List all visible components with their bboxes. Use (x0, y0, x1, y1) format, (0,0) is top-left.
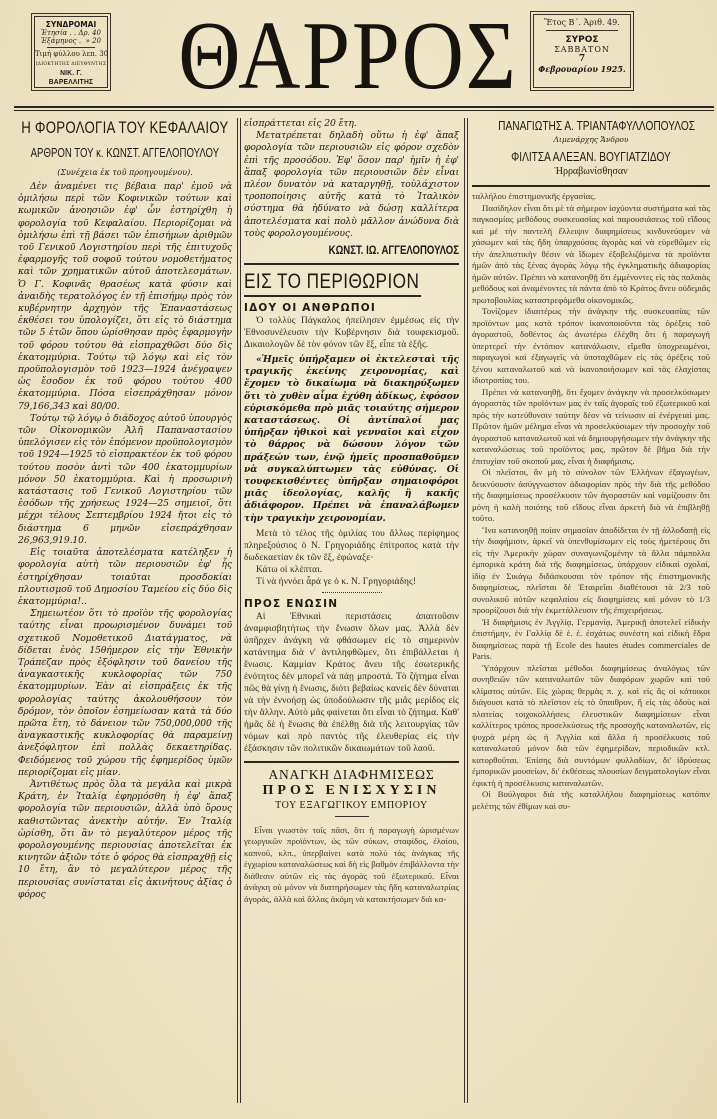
paragraph: Δὲν ἀναμένει τις βέβαια παρ' ἐμοῦ νὰ ὁμι… (18, 181, 232, 413)
paragraph: Τί νὰ ἠννόει ἆρά γε ὁ κ. Ν. Γρηγοριάδης! (244, 576, 459, 588)
paragraph: Εἰς τοιαῦτα ἀποτελέσματα κατέληξεν ἡ φορ… (18, 547, 232, 608)
column-divider (237, 118, 238, 1103)
paragraph: «Ἡμεῖς ὑπήρξαμεν οἱ ἐκτελεσταὶ τῆς τραγι… (244, 354, 459, 525)
year-issue-number: Ἔτος Β΄. Ἀριθ. 49. (534, 18, 630, 28)
section-rule (244, 263, 459, 265)
continued-note: (Συνέχεια ἐκ τοῦ προηγουμένου). (18, 168, 232, 177)
single-copy-price: Τιμή φύλλου λεπ. 30 (35, 50, 107, 59)
item-heading: ΠΡΟΣ ΕΝΩΣΙΝ (244, 598, 459, 610)
paragraph: Αἱ Ἐθνικαὶ περιστάσεις ἀπαιτοῦσιν ἀναμφι… (244, 611, 459, 755)
paragraph: ταλλήλου ἐπιστημονικῆς ἐργασίας. (472, 191, 710, 203)
article-body: Δὲν ἀναμένει τις βέβαια παρ' ἐμοῦ νὰ ὁμι… (18, 181, 232, 901)
section-rule (244, 761, 459, 763)
subscription-semiannual: Ἑξάμηνος . » 20 (35, 37, 107, 45)
day-number: 7 (534, 55, 630, 64)
paragraph: Ἀντιθέτως πρὸς ὅλα τὰ μεγάλα καὶ μικρὰ Κ… (18, 779, 232, 901)
divider (47, 47, 95, 48)
column-divider (240, 118, 241, 1103)
item-body: Μετὰ τὸ τέλος τῆς ὁμιλίας του ἄλλως περί… (244, 528, 459, 588)
paragraph: Μετατρέπεται δηλαδὴ οὕτω ἡ ἐφ' ἅπαξ φορο… (244, 130, 459, 240)
paragraph: Πασίδηλον εἶναι ὅτι μὲ τὰ σήμερον ἰσχύον… (472, 203, 710, 307)
paragraph: Πρέπει νὰ κατανοηθῇ, ὅτι ἔχομεν ἀνάγκην … (472, 387, 710, 468)
divider (546, 30, 618, 31)
engagement-groom: ΠΑΝΑΓΙΩΤΗΣ Α. ΤΡΙΑΝΤΑΦΥΛΛΟΠΟΥΛΟΣ (498, 118, 684, 134)
column-2: εἰσπράττεται εἰς 20 ἔτη. Μετατρέπεται δη… (244, 118, 459, 905)
owner-name: ΝΙΚ. Γ. ΒΑΡΕΛΛΙΤΗΣ (39, 68, 104, 86)
article-signature: ΚΩΝΣΤ. ΙΩ. ΑΓΓΕΛΟΠΟΥΛΟΣ (287, 243, 459, 257)
paragraph: Τούτῳ τῷ λόγῳ ὁ διάδοχος αὐτοῦ ὑπουργὸς … (18, 413, 232, 547)
subscriptions-heading: ΣΥΝΔΡΟΜΑΙ (35, 20, 107, 29)
subscription-annual: Ἐτησία . . Δρ. 40 (35, 29, 107, 37)
month-year: Φεβρουαρίου 1925. (534, 64, 630, 74)
paragraph: Οἱ Βούλγαροι διὰ τῆς καταλλήλου διαφημίσ… (472, 789, 710, 812)
paragraph: Εἶναι γνωστὸν τοῖς πᾶσι, ὅτι ἡ παραγωγὴ … (244, 825, 459, 906)
engagement-groom-title: Λιμενάρχης Ἄνδρου (472, 134, 710, 145)
paragraph: Μετὰ τὸ τέλος τῆς ὁμιλίας του ἄλλως περί… (244, 528, 459, 564)
paragraph: Κάτω οἱ κλέπται. (244, 564, 459, 576)
divider (322, 592, 382, 593)
paragraph: Ἵνα κατανοηθῇ ποίαν σημασίαν ἀποδίδεται … (472, 525, 710, 617)
article-headline: Η ΦΟΡΟΛΟΓΙΑ ΤΟΥ ΚΕΦΑΛΑΙΟΥ (18, 118, 232, 138)
item-heading: ΙΔΟΥ ΟΙ ΑΝΘΡΩΠΟΙ (244, 302, 459, 314)
column-divider (464, 118, 465, 1103)
owner-label: ΙΔΙΟΚΤΗΤΗΣ ΔΙΕΥΘΥΝΤΗΣ (35, 61, 107, 68)
paragraph: Οἱ πλεῖστοι, ἂν μὴ τὸ σύνολον τῶν Ἑλλήνω… (472, 467, 710, 525)
paragraph: εἰσπράττεται εἰς 20 ἔτη. (244, 118, 459, 130)
engagement-verb: Ἠρραβωνίσθησαν (472, 165, 710, 179)
item-quote: «Ἡμεῖς ὑπήρξαμεν οἱ ἐκτελεσταὶ τῆς τραγι… (244, 354, 459, 525)
column-1-article: Η ΦΟΡΟΛΟΓΙΑ ΤΟΥ ΚΕΦΑΛΑΙΟΥ ΑΡΘΡΟΝ ΤΟΥ κ. … (18, 118, 232, 901)
section-rule (472, 185, 710, 187)
article-subheadline: ΠΡΟΣ ΕΝΙΣΧΥΣΙΝ (244, 783, 459, 799)
engagement-bride: ΦΙΛΙΤΣΑ ΑΛΕΞΑΝ. ΒΟΥΓΙΑΤΖΙΔΟΥ (498, 149, 684, 165)
masthead-rule (14, 106, 714, 108)
article-subheadline: ΤΟΥ ΕΞΑΓΩΓΙΚΟΥ ΕΜΠΟΡΙΟΥ (244, 799, 459, 813)
subscriptions-box: ΣΥΝΔΡΟΜΑΙ Ἐτησία . . Δρ. 40 Ἑξάμηνος . »… (34, 16, 108, 88)
item-body: Ὁ τολλὺς Πάγκαλος ἠπείλησεν ἐμμέσως εἰς … (244, 315, 459, 351)
city: ΣΥΡΟΣ (534, 35, 630, 45)
section-title: ΕΙΣ ΤΟ ΠΕΡΙΘΩΡΙΟΝ (244, 269, 421, 297)
paragraph: Ἡ διαφήμισις ἐν Ἀγγλίᾳ, Γερμανίᾳ, Ἀμερικ… (472, 617, 710, 663)
article-body: Εἶναι γνωστὸν τοῖς πᾶσι, ὅτι ἡ παραγωγὴ … (244, 825, 459, 906)
divider (335, 816, 369, 817)
article-body: ταλλήλου ἐπιστημονικῆς ἐργασίας. Πασίδηλ… (472, 191, 710, 812)
paragraph: Τονίζομεν ἰδιαιτέρως τὴν ἀνάγκην τῆς συσ… (472, 306, 710, 387)
paragraph: Ὑπάρχουν πλεῖσται μέθοδοι διαφημίσεως ἀν… (472, 663, 710, 790)
paragraph: Σημειωτέον ὅτι τὸ προϊὸν τῆς φορολογίας … (18, 608, 232, 779)
article-continuation: εἰσπράττεται εἰς 20 ἔτη. Μετατρέπεται δη… (244, 118, 459, 240)
column-divider (467, 118, 468, 1103)
item-body: Αἱ Ἐθνικαὶ περιστάσεις ἀπαιτοῦσιν ἀναμφι… (244, 611, 459, 755)
paragraph: Ὁ τολλὺς Πάγκαλος ἠπείλησεν ἐμμέσως εἰς … (244, 315, 459, 351)
masthead-rule-thin (14, 110, 714, 111)
issue-box: Ἔτος Β΄. Ἀριθ. 49. ΣΥΡΟΣ ΣΑΒΒΑΤΟΝ 7 Φεβρ… (533, 14, 631, 88)
column-3: ΠΑΝΑΓΙΩΤΗΣ Α. ΤΡΙΑΝΤΑΦΥΛΛΟΠΟΥΛΟΣ Λιμενάρ… (472, 118, 710, 812)
newspaper-title: ΘΑΡΡΟΣ (178, 6, 504, 106)
article-byline: ΑΡΘΡΟΝ ΤΟΥ κ. ΚΩΝΣΤ. ΑΓΓΕΛΟΠΟΥΛΟΥ (18, 144, 232, 162)
article-headline: ΑΝΑΓΚΗ ΔΙΑΦΗΜΙΣΕΩΣ (244, 767, 459, 783)
newspaper-page: ΣΥΝΔΡΟΜΑΙ Ἐτησία . . Δρ. 40 Ἑξάμηνος . »… (0, 0, 717, 1119)
